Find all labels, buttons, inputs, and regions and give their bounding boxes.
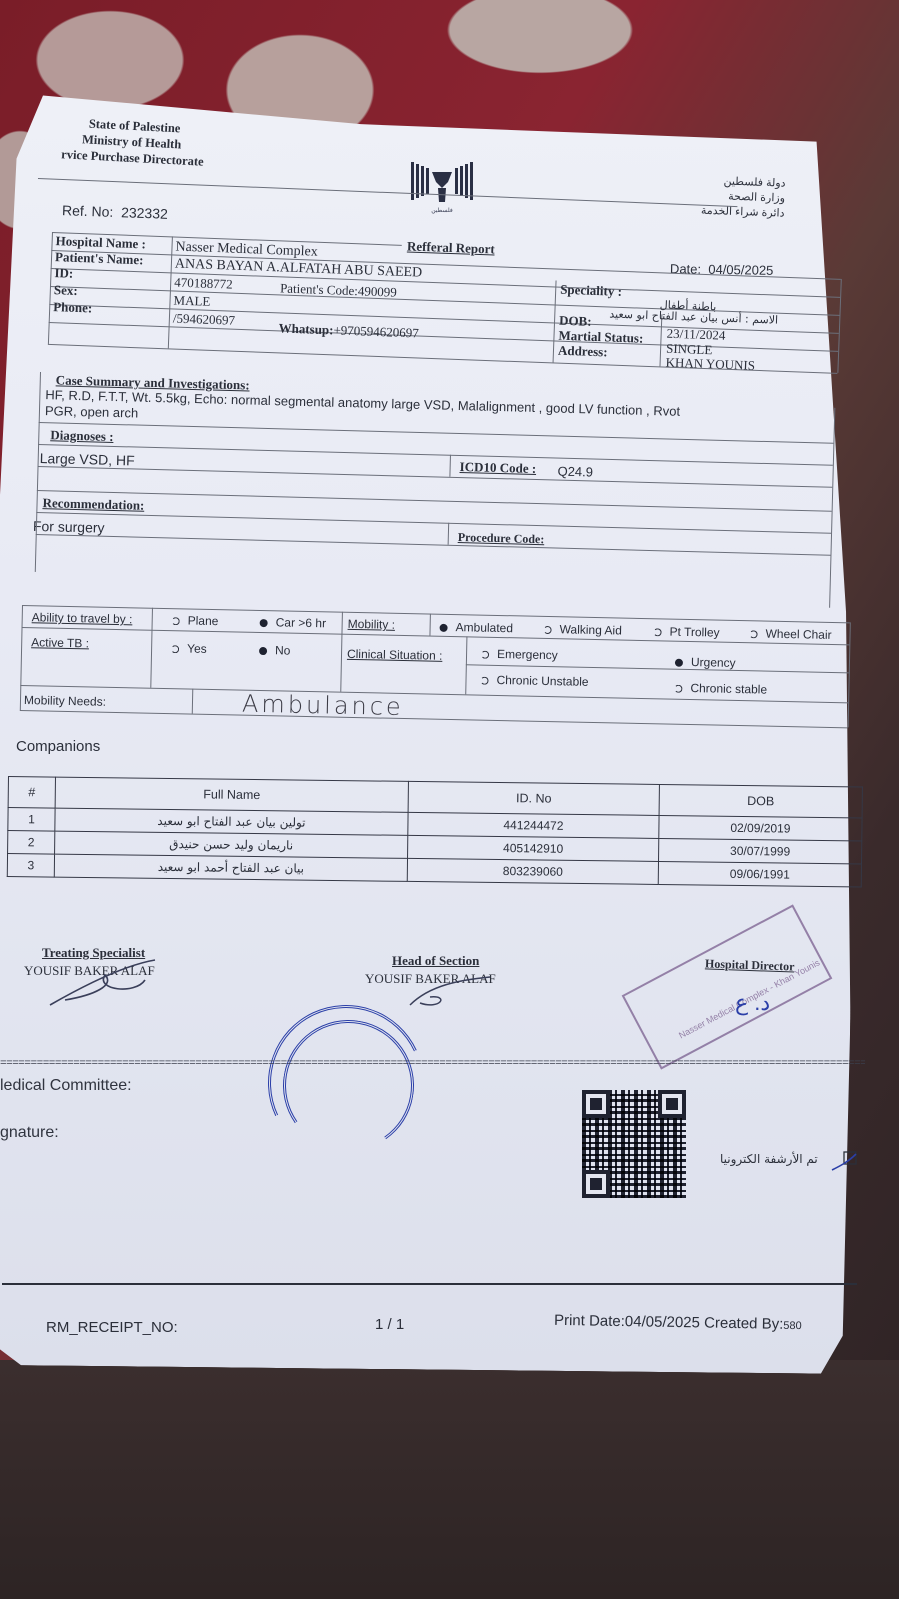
travel-option-car[interactable]: Car >6 hr: [260, 615, 327, 630]
patient-id-value: 470188772: [174, 275, 233, 293]
row-number: 3: [7, 854, 54, 878]
page-indicator: 1 / 1: [375, 1316, 404, 1333]
clinical-option-emergency[interactable]: Emergency: [481, 647, 558, 663]
travel-option-plane[interactable]: Plane: [172, 613, 219, 628]
hospital-director-label: Hospital Director: [705, 956, 795, 974]
mobility-option-walking-aid[interactable]: Walking Aid: [543, 622, 622, 638]
travel-option-car-label: Car >6 hr: [276, 615, 327, 630]
radio-unchecked-icon: [749, 630, 757, 638]
case-summary-text-1: HF, R.D, F.T.T, Wt. 5.5kg, Echo: normal …: [45, 387, 680, 419]
radio-unchecked-icon: [653, 628, 661, 636]
col-id-no: ID. No: [408, 781, 659, 815]
row-number: 2: [8, 831, 55, 855]
case-summary-text-2: PGR, open arch: [45, 403, 139, 420]
radio-checked-icon: [260, 619, 268, 627]
clinical-chronic-unstable-label: Chronic Unstable: [496, 673, 588, 689]
patient-code-value: 490099: [358, 283, 398, 299]
tb-yes-label: Yes: [187, 641, 207, 655]
qr-code-icon[interactable]: [582, 1090, 686, 1198]
clinical-situation-label: Clinical Situation :: [347, 647, 443, 663]
case-block: Case Summary and Investigations: HF, R.D…: [33, 372, 844, 643]
created-by-label: Created By:: [704, 1314, 784, 1332]
clinical-option-chronic-stable[interactable]: Chronic stable: [674, 681, 767, 697]
whatsapp: Whatsup:+970594620697: [278, 320, 419, 341]
radio-unchecked-icon: [172, 617, 180, 625]
icd-code-label: ICD10 Code :: [459, 459, 536, 477]
active-tb-label: Active TB :: [31, 635, 89, 650]
head-signature-icon: [400, 975, 520, 1015]
archive-check-icon: [830, 1150, 860, 1172]
speciality-label: Speciality :: [560, 282, 622, 300]
mobility-needs-handwritten: Ambulance: [242, 690, 404, 721]
header-english: State of Palestine Ministry of Health rv…: [61, 114, 206, 169]
qr-eye-icon: [582, 1170, 610, 1198]
whatsapp-value: +970594620697: [333, 322, 419, 340]
phone-value: /594620697: [173, 310, 236, 328]
mobility-pt-trolley-label: Pt Trolley: [669, 625, 719, 640]
svg-text:فلسطين: فلسطين: [431, 207, 453, 214]
radio-unchecked-icon: [674, 685, 682, 693]
ref-label: Ref. No:: [62, 202, 114, 220]
patient-code: Patient's Code:490099: [280, 280, 397, 300]
transport-block: Ability to travel by : Plane Car >6 hr M…: [19, 605, 852, 762]
clinical-option-urgency[interactable]: Urgency: [675, 655, 736, 670]
footer-divider: [2, 1283, 857, 1285]
qr-eye-icon: [658, 1090, 686, 1118]
print-date-label: Print Date:: [554, 1312, 625, 1330]
section-separator: ========================================…: [0, 1060, 865, 1068]
mobility-label: Mobility :: [348, 617, 396, 632]
receipt-number-label: RM_RECEIPT_NO:: [46, 1319, 178, 1336]
clinical-urgency-label: Urgency: [691, 655, 736, 670]
mobility-needs-label: Mobility Needs:: [24, 693, 106, 709]
phone-label: Phone:: [53, 299, 93, 316]
address-label: Address:: [558, 343, 608, 361]
radio-unchecked-icon: [544, 626, 552, 634]
patient-code-label: Patient's Code:: [280, 280, 358, 298]
radio-unchecked-icon: [481, 650, 489, 658]
radio-checked-icon: [440, 624, 448, 632]
companions-title: Companions: [16, 738, 100, 755]
header-arabic: دولة فلسطين وزارة الصحة دائرة شراء الخدم…: [689, 173, 786, 221]
row-number: 1: [8, 808, 55, 832]
radio-checked-icon: [259, 647, 267, 655]
sex-value: MALE: [173, 293, 210, 310]
row-id-no: 803239060: [407, 858, 658, 884]
col-dob: DOB: [659, 784, 862, 817]
radio-unchecked-icon: [480, 676, 488, 684]
col-full-name: Full Name: [55, 777, 408, 812]
head-of-section-label: Head of Section: [392, 953, 479, 969]
background-floor: [0, 1360, 899, 1599]
mobility-walking-aid-label: Walking Aid: [559, 622, 622, 637]
companions-table: # Full Name ID. No DOB 1 تولين بيان عبد …: [7, 776, 863, 887]
ref-value: 232332: [121, 204, 168, 222]
clinical-emergency-label: Emergency: [497, 647, 558, 662]
whatsapp-label: Whatsup:: [278, 320, 333, 337]
mobility-option-ambulated[interactable]: Ambulated: [439, 620, 513, 636]
medical-committee-label: ledical Committee:: [0, 1077, 132, 1095]
row-id-no: 441244472: [408, 812, 659, 838]
radio-checked-icon: [675, 659, 683, 667]
row-dob: 30/07/1999: [659, 838, 862, 863]
row-dob: 02/09/2019: [659, 815, 862, 840]
arabic-name-value: الاسم : أنس بيان عبد الفتاح ابو سعيد: [609, 307, 778, 326]
recommendation-label: Recommendation:: [42, 495, 144, 514]
signature-label: gnature:: [0, 1124, 59, 1142]
hospital-director-signature: د. ع: [735, 990, 770, 1016]
clinical-chronic-stable-label: Chronic stable: [690, 681, 767, 697]
print-date-value: 04/05/2025: [625, 1313, 700, 1331]
treating-signature-icon: [45, 955, 165, 1015]
patient-id-label: ID:: [54, 265, 73, 282]
address-value: KHAN YOUNIS: [665, 355, 755, 374]
palestine-eagle-emblem-icon: فلسطين: [408, 158, 476, 218]
mobility-option-wheel-chair[interactable]: Wheel Chair: [749, 626, 831, 642]
diagnoses-label: Diagnoses :: [50, 427, 114, 445]
qr-eye-icon: [582, 1090, 610, 1118]
clinical-option-chronic-unstable[interactable]: Chronic Unstable: [480, 673, 588, 689]
recommendation-value: For surgery: [33, 518, 105, 536]
mobility-ambulated-label: Ambulated: [455, 620, 513, 635]
tb-option-yes[interactable]: Yes: [171, 641, 207, 656]
row-dob: 09/06/1991: [658, 861, 861, 886]
travel-option-plane-label: Plane: [188, 613, 219, 628]
row-id-no: 405142910: [408, 835, 659, 861]
icd-code-value: Q24.9: [557, 464, 593, 480]
radio-unchecked-icon: [171, 645, 179, 653]
archived-electronically-text: تم الأرشفة الكترونيا: [720, 1152, 818, 1166]
mobility-wheel-chair-label: Wheel Chair: [765, 627, 831, 642]
col-number: #: [8, 777, 55, 809]
tb-option-no[interactable]: No: [259, 643, 291, 658]
sex-label: Sex:: [54, 282, 78, 299]
mobility-option-pt-trolley[interactable]: Pt Trolley: [653, 624, 719, 639]
created-by-value: 580: [783, 1320, 802, 1332]
travel-label: Ability to travel by :: [32, 610, 133, 626]
tb-no-label: No: [275, 643, 291, 657]
row-full-name: بيان عبد الفتاح أحمد ابو سعيد: [54, 854, 407, 881]
